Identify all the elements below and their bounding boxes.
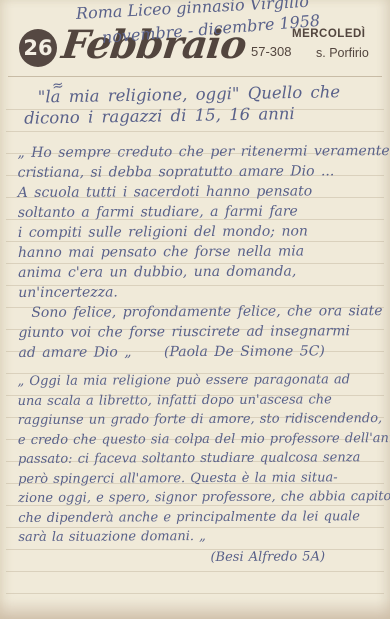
- quote2-paragraph: „ Oggi la mia religione può essere parag…: [17, 370, 390, 568]
- diary-page: 26 Febbraio 57-308 MERCOLEDÌ s. Porfirio…: [0, 0, 390, 619]
- quote-line-end: ad amare Dio „: [18, 344, 131, 361]
- week-page-ref: 57-308: [251, 44, 291, 59]
- quote-line: cristiana, si debba sopratutto amare Dio…: [18, 161, 390, 183]
- quote-line: Sono felice, profondamente felice, che o…: [18, 301, 390, 323]
- quote-line: sarà la situazione domani. „: [18, 526, 390, 548]
- quote1-attribution: (Paola De Simone 5C): [164, 343, 325, 360]
- quote-line: soltanto a farmi studiare, a farmi fare: [18, 201, 390, 223]
- handwritten-title: "la mia religione, oggi" Quello che dico…: [24, 81, 341, 129]
- quote-line: giunto voi che forse riuscirete ad inseg…: [18, 321, 390, 343]
- quote-line: raggiunse un grado forte di amore, sto r…: [18, 409, 390, 431]
- quote1-paragraph: „ Ho sempre creduto che per ritenermi ve…: [17, 141, 390, 363]
- quote-line: ad amare Dio „ (Paola De Simone 5C): [18, 341, 390, 363]
- quote-line: anima c'era un dubbio, una domanda,: [18, 261, 390, 283]
- quote-line: e credo che questo sia colpa del mio pro…: [18, 428, 390, 450]
- day-number-badge: 26: [19, 29, 57, 67]
- quote-line: i compiti sulle religioni del mondo; non: [18, 221, 390, 243]
- quote-line: zione oggi, e spero, signor professore, …: [18, 487, 390, 509]
- header-divider: [8, 76, 382, 77]
- quote-line: „ Oggi la mia religione può essere parag…: [17, 370, 390, 392]
- quote-line: hanno mai pensato che forse nella mia: [18, 241, 390, 263]
- quote-line: A scuola tutti i sacerdoti hanno pensato: [18, 181, 390, 203]
- quote-line: passato: ci faceva soltanto studiare qua…: [18, 448, 390, 470]
- day-number: 26: [23, 36, 52, 60]
- quote2-attribution: (Besi Alfredo 5A): [210, 546, 390, 567]
- quote-line: però spingerci all'amore. Questa è la mi…: [18, 467, 390, 489]
- quote-line: „ Ho sempre creduto che per ritenermi ve…: [17, 141, 389, 163]
- title-line: dicono i ragazzi di 15, 16 anni: [24, 102, 341, 129]
- quote-line: un'incertezza.: [18, 281, 390, 303]
- quote-line: che dipenderà anche e principalmente da …: [18, 506, 390, 528]
- quote-line: una scala a libretto, infatti dopo un'as…: [18, 389, 390, 411]
- saint-of-day: s. Porfirio: [316, 46, 369, 60]
